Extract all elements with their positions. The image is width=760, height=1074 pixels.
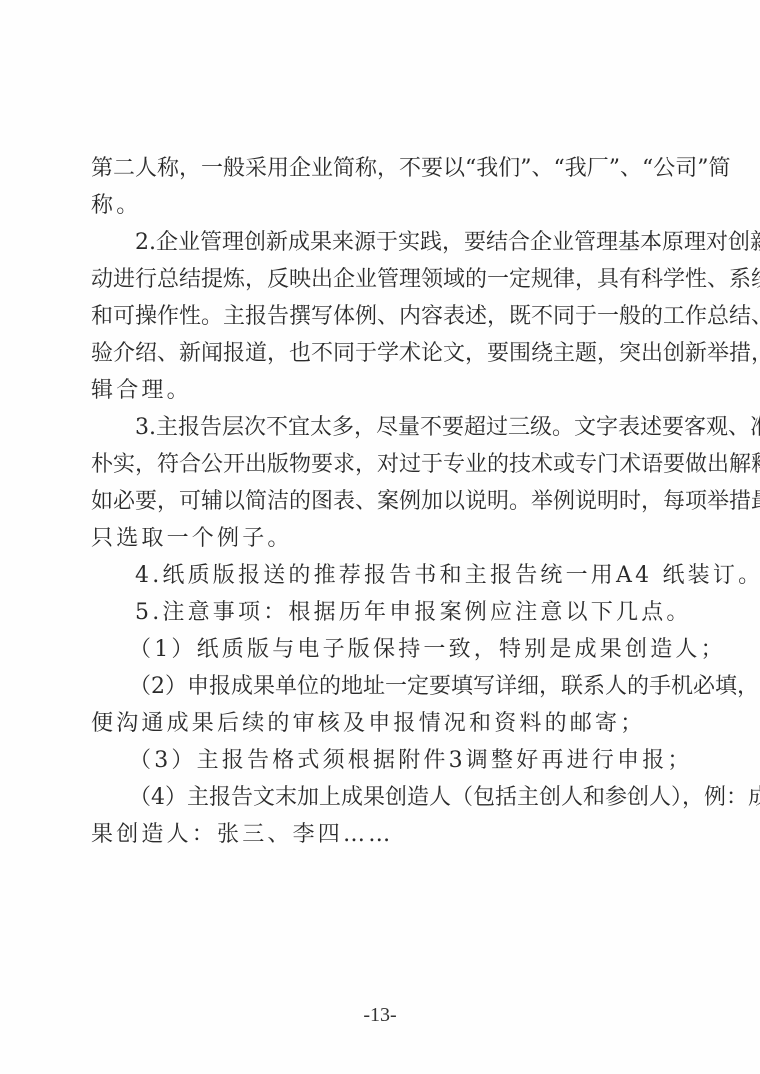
paragraph-sub-2: （2）申报成果单位的地址一定要填写详细，联系人的手机必填，方 便沟通成果后续的审… (91, 668, 655, 742)
text-line: （3）主报告格式须根据附件3调整好再进行申报； (91, 742, 655, 779)
text-line: 验介绍、新闻报道，也不同于学术论文，要围绕主题，突出创新举措，逻 (91, 335, 655, 372)
text-line: 4.纸质版报送的推荐报告书和主报告统一用A4 纸装订。 (91, 557, 655, 594)
paragraph-item-5: 5.注意事项：根据历年申报案例应注意以下几点。 (91, 594, 655, 631)
text-line: 辑合理。 (91, 372, 655, 409)
paragraph-continued: 第二人称，一般采用企业简称，不要以“我们”、“我厂”、“公司”简 称。 (91, 150, 655, 224)
text-line: 2.企业管理创新成果来源于实践，要结合企业管理基本原理对创新活 (91, 224, 655, 261)
text-line: 第二人称，一般采用企业简称，不要以“我们”、“我厂”、“公司”简 (91, 150, 655, 187)
paragraph-item-3: 3.主报告层次不宜太多，尽量不要超过三级。文字表述要客观、准确、 朴实，符合公开… (91, 409, 655, 557)
text-line: （1）纸质版与电子版保持一致，特别是成果创造人； (91, 631, 655, 668)
text-line: 如必要，可辅以简洁的图表、案例加以说明。举例说明时，每项举措最好 (91, 483, 655, 520)
text-line: 5.注意事项：根据历年申报案例应注意以下几点。 (91, 594, 655, 631)
text-line: 3.主报告层次不宜太多，尽量不要超过三级。文字表述要客观、准确、 (91, 409, 655, 446)
paragraph-item-2: 2.企业管理创新成果来源于实践，要结合企业管理基本原理对创新活 动进行总结提炼，… (91, 224, 655, 409)
text-line: 和可操作性。主报告撰写体例、内容表述，既不同于一般的工作总结、经 (91, 298, 655, 335)
paragraph-sub-1: （1）纸质版与电子版保持一致，特别是成果创造人； (91, 631, 655, 668)
document-page: 第二人称，一般采用企业简称，不要以“我们”、“我厂”、“公司”简 称。 2.企业… (0, 0, 760, 1074)
paragraph-sub-3: （3）主报告格式须根据附件3调整好再进行申报； (91, 742, 655, 779)
page-number: -13- (0, 1004, 760, 1027)
paragraph-item-4: 4.纸质版报送的推荐报告书和主报告统一用A4 纸装订。 (91, 557, 655, 594)
text-line: 朴实，符合公开出版物要求，对过于专业的技术或专门术语要做出解释。 (91, 446, 655, 483)
text-line: 称。 (91, 187, 655, 224)
text-line: 果创造人：张三、李四…… (91, 816, 655, 853)
text-line: 只选取一个例子。 (91, 520, 655, 557)
text-line: （2）申报成果单位的地址一定要填写详细，联系人的手机必填，方 (91, 668, 655, 705)
document-body: 第二人称，一般采用企业简称，不要以“我们”、“我厂”、“公司”简 称。 2.企业… (91, 150, 655, 853)
text-line: （4）主报告文末加上成果创造人（包括主创人和参创人），例：成 (91, 779, 655, 816)
text-line: 动进行总结提炼，反映出企业管理领域的一定规律，具有科学性、系统性 (91, 261, 655, 298)
text-line: 便沟通成果后续的审核及申报情况和资料的邮寄； (91, 705, 655, 742)
paragraph-sub-4: （4）主报告文末加上成果创造人（包括主创人和参创人），例：成 果创造人：张三、李… (91, 779, 655, 853)
